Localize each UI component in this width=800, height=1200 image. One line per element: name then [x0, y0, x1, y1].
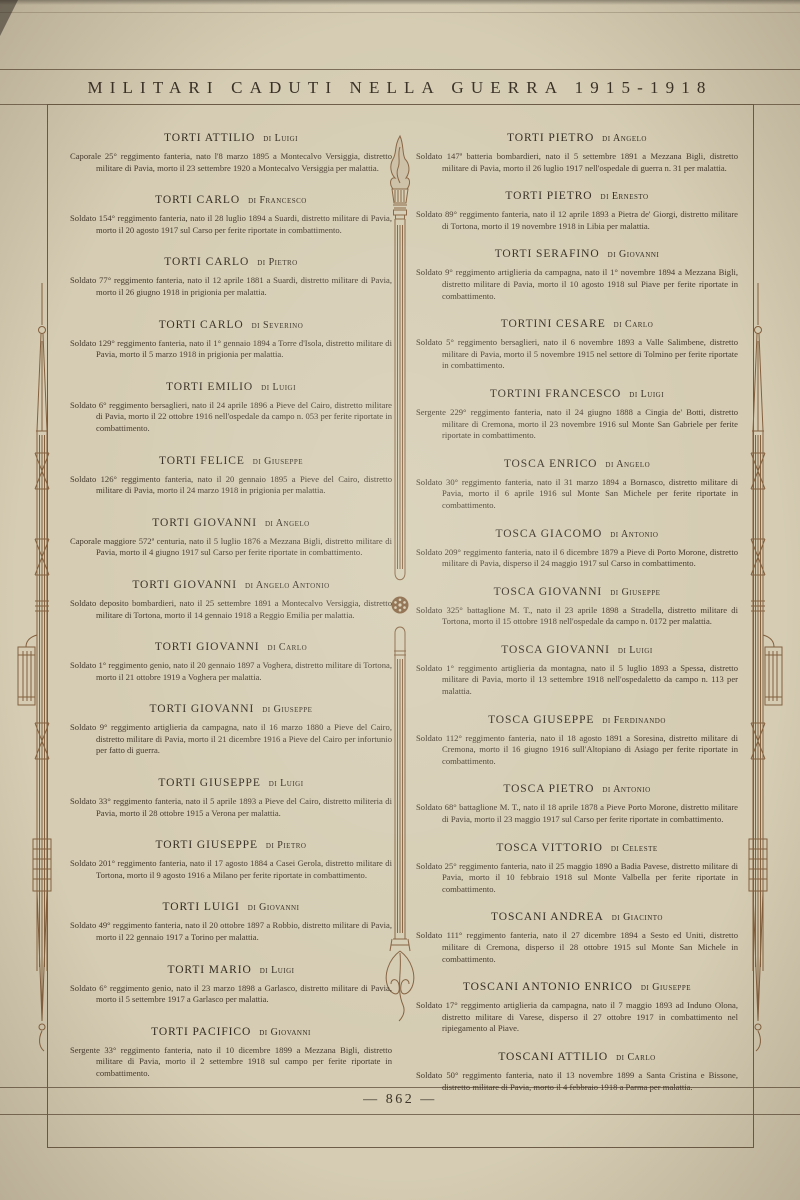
entry-body: Soldato 30° reggimento fanteria, nato il…	[416, 477, 738, 512]
entry-heading: TORTI GIOVANNI di Carlo	[70, 637, 392, 655]
entry-father: di Carlo	[268, 642, 308, 653]
entry: TORTI CARLO di Francesco Soldato 154° re…	[70, 190, 392, 236]
entry: TOSCANI ANTONIO ENRICO di Giuseppe Solda…	[416, 977, 738, 1035]
entry-name: TOSCA ENRICO	[504, 458, 598, 470]
entry-father: di Angelo Antonio	[245, 580, 330, 591]
entry-father: di Carlo	[614, 319, 654, 330]
entry-body: Soldato 50° reggimento fanteria, nato il…	[416, 1070, 738, 1093]
entry-body: Soldato 154° reggimento fanteria, nato i…	[70, 213, 392, 236]
entry-father: di Luigi	[269, 778, 304, 789]
page-number: — 862 —	[0, 1092, 800, 1108]
entry-name: TORTI PIETRO	[505, 190, 592, 202]
entry-heading: TORTI GIOVANNI di Angelo Antonio	[70, 575, 392, 593]
entry-name: TORTI PACIFICO	[151, 1026, 251, 1038]
entry: TORTI CARLO di Pietro Soldato 77° reggim…	[70, 252, 392, 298]
entry-heading: TORTI ATTILIO di Luigi	[70, 128, 392, 146]
entry-heading: TORTI PACIFICO di Giovanni	[70, 1022, 392, 1040]
outer-top-rule	[0, 12, 800, 13]
entry-body: Soldato 147ª batteria bombardieri, nato …	[416, 151, 738, 174]
entry-body: Soldato 201° reggimento fanteria, nato i…	[70, 858, 392, 881]
entry-heading: TOSCA PIETRO di Antonio	[416, 779, 738, 797]
entry-heading: TORTI LUIGI di Giovanni	[70, 897, 392, 915]
entry-father: di Ferdinando	[602, 715, 666, 726]
entry-father: di Pietro	[266, 840, 307, 851]
entry-heading: TOSCANI ANDREA di Giacinto	[416, 907, 738, 925]
entry: TORTI GIOVANNI di Angelo Caporale maggio…	[70, 513, 392, 559]
entry-body: Sergente 229° reggimento fanteria, nato …	[416, 407, 738, 442]
entry: TORTI PACIFICO di Giovanni Sergente 33° …	[70, 1022, 392, 1080]
entry-father: di Antonio	[602, 784, 650, 795]
entry-heading: TOSCA GIOVANNI di Giuseppe	[416, 582, 738, 600]
entry-heading: TORTI GIUSEPPE di Luigi	[70, 773, 392, 791]
entry-body: Soldato 6° reggimento bersaglieri, nato …	[70, 400, 392, 435]
entry-name: TORTI GIOVANNI	[150, 703, 255, 715]
entry-father: di Luigi	[263, 133, 298, 144]
entry: TOSCA ENRICO di Angelo Soldato 30° reggi…	[416, 454, 738, 512]
entry-heading: TORTI MARIO di Luigi	[70, 960, 392, 978]
entry-body: Soldato 1° reggimento artiglieria da mon…	[416, 663, 738, 698]
entry-father: di Giovanni	[248, 902, 300, 913]
entry: TORTI GIUSEPPE di Pietro Soldato 201° re…	[70, 835, 392, 881]
entry-father: di Giuseppe	[253, 456, 303, 467]
entry-body: Soldato 33° reggimento fanteria, nato il…	[70, 796, 392, 819]
entry-heading: TORTINI FRANCESCO di Luigi	[416, 384, 738, 402]
entry: TOSCA GIUSEPPE di Ferdinando Soldato 112…	[416, 710, 738, 768]
title-band-bottom-rule	[0, 104, 800, 105]
entry-name: TORTI MARIO	[167, 964, 251, 976]
entry-name: TORTI CARLO	[164, 256, 249, 268]
entry-father: di Giuseppe	[262, 704, 312, 715]
entry-name: TORTI ATTILIO	[164, 132, 255, 144]
entry-body: Soldato 209° reggimento fanteria, nato i…	[416, 547, 738, 570]
entry-father: di Carlo	[616, 1052, 656, 1063]
entry-name: TOSCA GIOVANNI	[501, 644, 610, 656]
scan-edge-shadow	[0, 0, 800, 5]
entry-heading: TORTI CARLO di Francesco	[70, 190, 392, 208]
memorial-book-page: MILITARI CADUTI NELLA GUERRA 1915-1918	[0, 0, 800, 1200]
entry-name: TORTI CARLO	[155, 194, 240, 206]
entry: TORTI GIUSEPPE di Luigi Soldato 33° regg…	[70, 773, 392, 819]
entry-body: Soldato 6° reggimento genio, nato il 23 …	[70, 983, 392, 1006]
entry-father: di Luigi	[260, 965, 295, 976]
entry-name: TORTI GIOVANNI	[155, 641, 260, 653]
column-right: TORTI PIETRO di Angelo Soldato 147ª batt…	[416, 128, 738, 1105]
entry-name: TORTI CARLO	[159, 319, 244, 331]
entry-heading: TORTI CARLO di Severino	[70, 315, 392, 333]
entry: TORTI GIOVANNI di Giuseppe Soldato 9° re…	[70, 699, 392, 757]
entry-heading: TOSCANI ATTILIO di Carlo	[416, 1047, 738, 1065]
column-gap	[392, 128, 416, 1105]
entry-body: Caporale 25° reggimento fanteria, nato l…	[70, 151, 392, 174]
entries-area: TORTI ATTILIO di Luigi Caporale 25° regg…	[70, 128, 738, 1105]
entry-name: TOSCANI ANTONIO ENRICO	[463, 981, 633, 993]
entry-name: TORTI GIOVANNI	[152, 517, 257, 529]
entry: TORTI LUIGI di Giovanni Soldato 49° regg…	[70, 897, 392, 943]
column-left: TORTI ATTILIO di Luigi Caporale 25° regg…	[70, 128, 392, 1105]
entry-heading: TOSCA GIACOMO di Antonio	[416, 524, 738, 542]
entry-heading: TORTI PIETRO di Ernesto	[416, 186, 738, 204]
entry-father: di Giuseppe	[610, 587, 660, 598]
entry: TORTI PIETRO di Ernesto Soldato 89° regg…	[416, 186, 738, 232]
entry: TORTI FELICE di Giuseppe Soldato 126° re…	[70, 451, 392, 497]
entry-heading: TORTI GIUSEPPE di Pietro	[70, 835, 392, 853]
fasces-spear-ornament-right	[732, 283, 784, 1058]
entry-body: Soldato 1° reggimento genio, nato il 20 …	[70, 660, 392, 683]
entry-father: di Angelo	[605, 459, 650, 470]
entry-heading: TORTINI CESARE di Carlo	[416, 314, 738, 332]
entry-body: Soldato 25° reggimento fanteria, nato il…	[416, 861, 738, 896]
entry-heading: TOSCA GIUSEPPE di Ferdinando	[416, 710, 738, 728]
entry-heading: TORTI FELICE di Giuseppe	[70, 451, 392, 469]
entry: TORTI SERAFINO di Giovanni Soldato 9° re…	[416, 244, 738, 302]
entry-name: TORTI SERAFINO	[495, 248, 600, 260]
entry-name: TORTI FELICE	[159, 455, 245, 467]
entry-body: Soldato 129° reggimento fanteria, nato i…	[70, 338, 392, 361]
entry-heading: TORTI PIETRO di Angelo	[416, 128, 738, 146]
entry: TORTI GIOVANNI di Carlo Soldato 1° reggi…	[70, 637, 392, 683]
scan-corner-shadow	[0, 0, 18, 36]
entry: TOSCA PIETRO di Antonio Soldato 68° batt…	[416, 779, 738, 825]
entry-father: di Antonio	[610, 529, 658, 540]
entry-body: Soldato 49° reggimento fanteria, nato il…	[70, 920, 392, 943]
entry-name: TORTI GIOVANNI	[132, 579, 237, 591]
entry-heading: TOSCANI ANTONIO ENRICO di Giuseppe	[416, 977, 738, 995]
entry-heading: TORTI CARLO di Pietro	[70, 252, 392, 270]
entry-name: TORTINI FRANCESCO	[490, 388, 621, 400]
entry-heading: TOSCA VITTORIO di Celeste	[416, 838, 738, 856]
entry-father: di Francesco	[248, 195, 307, 206]
entry-heading: TORTI GIOVANNI di Angelo	[70, 513, 392, 531]
entry-name: TORTINI CESARE	[501, 318, 606, 330]
entry-body: Soldato 68° battaglione M. T., nato il 1…	[416, 802, 738, 825]
fasces-spear-ornament-left	[16, 283, 68, 1058]
entry-body: Soldato 126° reggimento fanteria, nato i…	[70, 474, 392, 497]
entry-name: TORTI LUIGI	[163, 901, 240, 913]
entry-father: di Giovanni	[259, 1027, 311, 1038]
entry-name: TORTI GIUSEPPE	[158, 777, 260, 789]
entry: TOSCA GIOVANNI di Luigi Soldato 1° reggi…	[416, 640, 738, 698]
entry-father: di Giacinto	[612, 912, 663, 923]
entry-father: di Angelo	[265, 518, 310, 529]
entry: TORTINI CESARE di Carlo Soldato 5° reggi…	[416, 314, 738, 372]
entry-father: di Giovanni	[608, 249, 660, 260]
entry: TOSCA VITTORIO di Celeste Soldato 25° re…	[416, 838, 738, 896]
entry-name: TORTI PIETRO	[507, 132, 594, 144]
entry-body: Soldato 89° reggimento fanteria, nato il…	[416, 209, 738, 232]
entry-father: di Pietro	[257, 257, 298, 268]
entry-body: Sergente 33° reggimento fanteria, nato i…	[70, 1045, 392, 1080]
entry-father: di Luigi	[618, 645, 653, 656]
entry-name: TOSCANI ATTILIO	[498, 1051, 608, 1063]
entry-father: di Ernesto	[601, 191, 649, 202]
entry-heading: TORTI SERAFINO di Giovanni	[416, 244, 738, 262]
entry-body: Soldato 9° reggimento artiglieria da cam…	[70, 722, 392, 757]
entry: TOSCA GIOVANNI di Giuseppe Soldato 325° …	[416, 582, 738, 628]
entry: TORTI GIOVANNI di Angelo Antonio Soldato…	[70, 575, 392, 621]
entry: TOSCA GIACOMO di Antonio Soldato 209° re…	[416, 524, 738, 570]
entry-name: TORTI GIUSEPPE	[156, 839, 258, 851]
entry-father: di Severino	[252, 320, 304, 331]
entry-body: Soldato 112° reggimento fanteria, nato i…	[416, 733, 738, 768]
footer-band-bottom-rule	[0, 1114, 800, 1115]
entry-heading: TOSCA ENRICO di Angelo	[416, 454, 738, 472]
entry-name: TOSCA VITTORIO	[496, 842, 603, 854]
entry-body: Soldato 111° reggimento fanteria, nato i…	[416, 930, 738, 965]
entry-heading: TORTI GIOVANNI di Giuseppe	[70, 699, 392, 717]
title-band-top-rule	[0, 69, 800, 70]
entry-father: di Celeste	[611, 843, 658, 854]
entry: TOSCANI ATTILIO di Carlo Soldato 50° reg…	[416, 1047, 738, 1093]
entry: TORTI PIETRO di Angelo Soldato 147ª batt…	[416, 128, 738, 174]
entry-body: Soldato 17° reggimento artiglieria da ca…	[416, 1000, 738, 1035]
entry-name: TOSCA GIOVANNI	[494, 586, 603, 598]
entry-father: di Luigi	[261, 382, 296, 393]
entry-father: di Giuseppe	[641, 982, 691, 993]
entry-father: di Luigi	[629, 389, 664, 400]
entry: TOSCANI ANDREA di Giacinto Soldato 111° …	[416, 907, 738, 965]
page-title: MILITARI CADUTI NELLA GUERRA 1915-1918	[0, 78, 800, 98]
entry: TORTI ATTILIO di Luigi Caporale 25° regg…	[70, 128, 392, 174]
entry-name: TORTI EMILIO	[166, 381, 253, 393]
entry-body: Soldato 5° reggimento bersaglieri, nato …	[416, 337, 738, 372]
entry-body: Soldato 325° battaglione M. T., nato il …	[416, 605, 738, 628]
entry: TORTINI FRANCESCO di Luigi Sergente 229°…	[416, 384, 738, 442]
entry-name: TOSCA GIUSEPPE	[488, 714, 594, 726]
entry-name: TOSCANI ANDREA	[491, 911, 604, 923]
entry: TORTI EMILIO di Luigi Soldato 6° reggime…	[70, 377, 392, 435]
entry-father: di Angelo	[602, 133, 647, 144]
entry: TORTI MARIO di Luigi Soldato 6° reggimen…	[70, 960, 392, 1006]
entry-body: Soldato deposito bombardieri, nato il 25…	[70, 598, 392, 621]
entry-body: Caporale maggiore 572ª centuria, nato il…	[70, 536, 392, 559]
entry-name: TOSCA PIETRO	[503, 783, 594, 795]
entry-body: Soldato 9° reggimento artiglieria da cam…	[416, 267, 738, 302]
entry-heading: TORTI EMILIO di Luigi	[70, 377, 392, 395]
entry-name: TOSCA GIACOMO	[496, 528, 603, 540]
entry-body: Soldato 77° reggimento fanteria, nato il…	[70, 275, 392, 298]
entry-heading: TOSCA GIOVANNI di Luigi	[416, 640, 738, 658]
entry: TORTI CARLO di Severino Soldato 129° reg…	[70, 315, 392, 361]
